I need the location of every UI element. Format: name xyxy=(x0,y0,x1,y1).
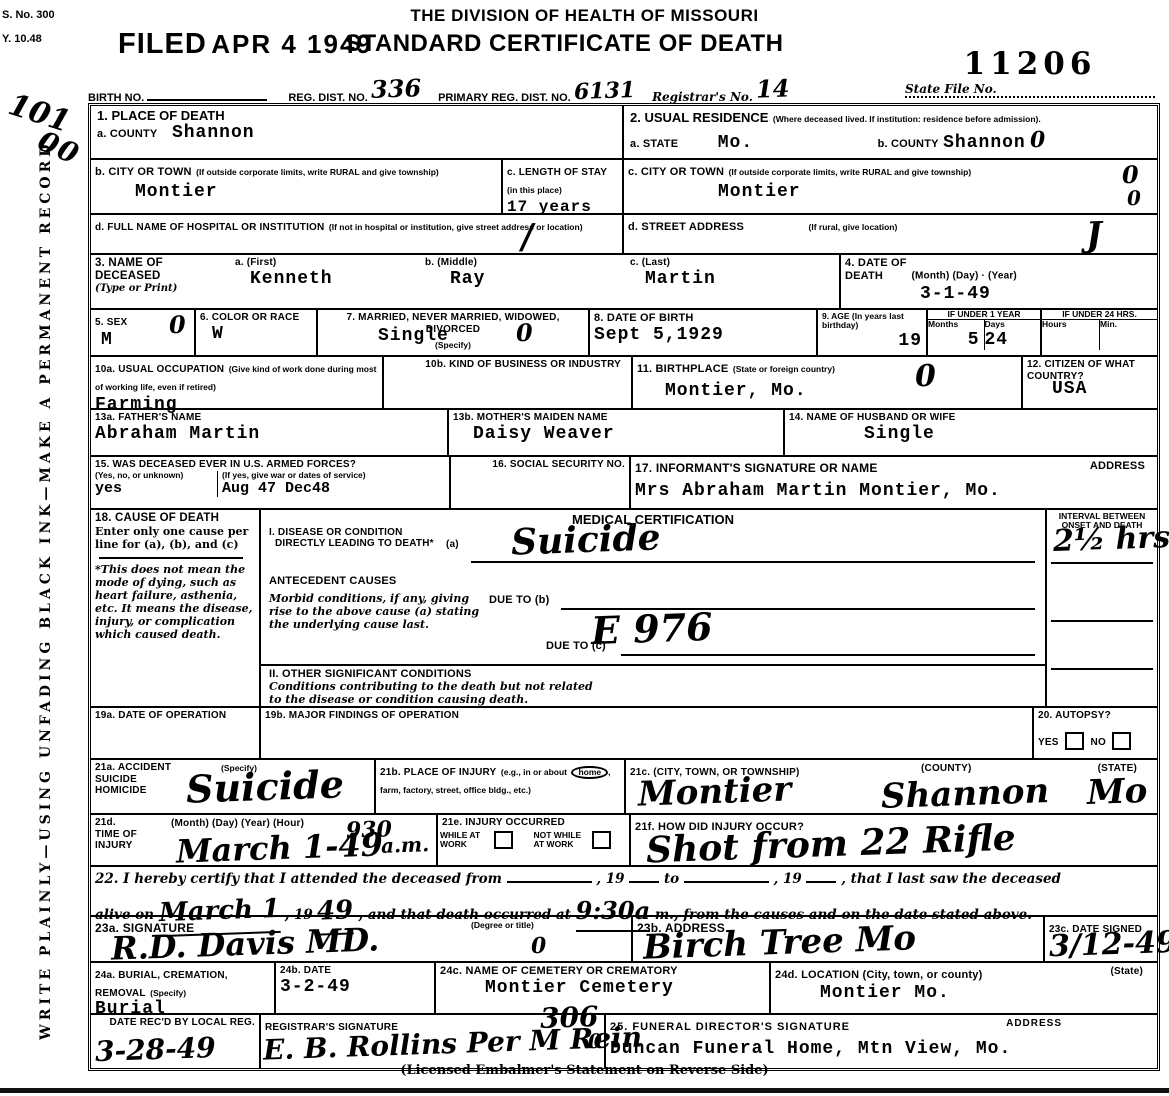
injury-occurred-label: 21e. INJURY OCCURRED xyxy=(438,815,629,831)
certificate-form: 1. PLACE OF DEATH a. COUNTY Shannon b. C… xyxy=(88,103,1160,1071)
husband-or-wife-value: Single xyxy=(864,424,1153,444)
while-at-work-label: WHILE AT WORK xyxy=(440,831,492,850)
morbid-conditions-note: Morbid conditions, if any, giving rise t… xyxy=(269,592,484,631)
kind-of-business-label: 10b. KIND OF BUSINESS OR INDUSTRY xyxy=(388,359,627,371)
residence-city-mark1: 0 xyxy=(1122,160,1140,190)
row-name-of-deceased: 3. NAME OF DECEASED (Type or Print) a. (… xyxy=(91,253,1157,308)
burial-location-label: 24d. LOCATION (City, town, or county) xyxy=(775,969,982,981)
reg-dist-value: 336 xyxy=(370,73,421,104)
not-while-at-work-label: NOT WHILE AT WORK xyxy=(534,831,590,850)
other-conditions-note: Conditions contributing to the death but… xyxy=(269,680,599,706)
marital-handwritten-mark: 0 xyxy=(516,318,534,348)
birthplace-label: 11. BIRTHPLACE xyxy=(637,363,728,375)
months-label: Months xyxy=(928,320,984,329)
cause-code-value: E 976 xyxy=(590,604,713,653)
burial-date-value: 3-2-49 xyxy=(280,977,430,997)
days-label: Days xyxy=(985,320,1041,329)
certify-text-3: to xyxy=(664,871,679,887)
months-value: 5 xyxy=(928,330,984,350)
armed-forces-paren1: (Yes, no, or unknown) xyxy=(95,471,213,480)
filed-stamp-word: FILED xyxy=(118,28,207,60)
registrar-no-value: 14 xyxy=(755,73,789,103)
registration-line: BIRTH NO. REG. DIST. NO. 336 PRIMARY REG… xyxy=(88,78,1163,103)
date-of-operation-label: 19a. DATE OF OPERATION xyxy=(95,710,255,722)
date-of-birth-value: Sept 5,1929 xyxy=(594,325,812,345)
cause-note-one: Enter only one cause per line for (a), (… xyxy=(95,525,255,551)
funeral-director-value: Duncan Funeral Home, Mtn View, Mo. xyxy=(610,1039,1153,1059)
residence-state-label: a. STATE xyxy=(630,138,678,150)
time-of-injury-sublabels: (Month) (Day) (Year) (Hour) xyxy=(171,818,304,830)
degree-or-title-label: (Degree or title) xyxy=(471,921,534,930)
certify-blank-1 xyxy=(507,881,592,883)
row-certify-statement: 22. I hereby certify that I attended the… xyxy=(91,865,1157,915)
sex-handwritten-mark: 0 xyxy=(169,310,187,340)
row-burial: 24a. BURIAL, CREMATION, REMOVAL (Specify… xyxy=(91,961,1157,1013)
certify-blank-3 xyxy=(684,881,769,883)
middle-name-value: Ray xyxy=(450,269,622,289)
date-of-death-value: 3-1-49 xyxy=(920,284,1153,304)
residence-county-value: Shannon xyxy=(943,133,1026,153)
antecedent-causes-label: ANTECEDENT CAUSES xyxy=(269,575,1045,588)
cause-note-two: *This does not mean the mode of dying, s… xyxy=(95,563,255,641)
length-of-stay-value: 17 years xyxy=(507,198,618,216)
city-town-paren: (If outside corporate limits, write RURA… xyxy=(196,167,439,177)
place-of-injury-circled-word: home xyxy=(571,766,608,779)
page-heading-division: THE DIVISION OF HEALTH OF MISSOURI xyxy=(0,6,1169,26)
registrar-no-label: Registrar's No. xyxy=(652,90,753,104)
state-file-number-value: 11206 xyxy=(905,46,1155,82)
marital-status-value: Single xyxy=(378,326,449,346)
section-usual-residence: 2. USUAL RESIDENCE (Where deceased lived… xyxy=(624,106,1157,253)
residence-city-paren: (If outside corporate limits, write RURA… xyxy=(729,167,972,177)
age-value: 19 xyxy=(822,331,922,351)
residence-county-mark: 0 xyxy=(1030,127,1046,154)
due-to-c-label: DUE TO (c) xyxy=(546,640,606,653)
birthplace-handwritten-mark: 0 xyxy=(915,359,937,395)
hours-label: Hours xyxy=(1042,320,1099,329)
fathers-name-label: 13a. FATHER'S NAME xyxy=(95,412,443,424)
row-injury-time: 21d. TIME OF INJURY (Month) (Day) (Year)… xyxy=(91,813,1157,865)
certify-blank-2 xyxy=(629,881,659,883)
sex-label: 5. SEX xyxy=(95,317,127,328)
social-security-label: 16. SOCIAL SECURITY NO. xyxy=(455,459,625,471)
city-town-value: Montier xyxy=(135,182,497,202)
embalmer-statement-note: (Licensed Embalmer's Statement on Revers… xyxy=(0,1063,1169,1078)
hospital-handwritten-mark: / xyxy=(520,217,534,257)
funeral-director-label: 25. FUNERAL DIRECTOR'S SIGNATURE xyxy=(610,1021,850,1033)
place-of-injury-label: 21b. PLACE OF INJURY xyxy=(380,767,496,778)
first-name-label: a. (First) xyxy=(235,257,417,269)
page-title: STANDARD CERTIFICATE OF DEATH xyxy=(345,30,783,58)
place-of-injury-paren-pre: (e.g., in or about xyxy=(501,767,567,777)
injury-state-value: Mo xyxy=(1086,771,1148,813)
cemetery-label: 24c. NAME OF CEMETERY OR CREMATORY xyxy=(440,965,765,978)
burial-location-value: Montier Mo. xyxy=(820,983,1153,1003)
primary-reg-dist-value: 6131 xyxy=(573,77,635,105)
injury-county-value: Shannon xyxy=(880,771,1049,817)
autopsy-no-label: NO xyxy=(1091,737,1106,748)
cemetery-value: Montier Cemetery xyxy=(485,978,765,998)
burial-date-label: 24b. DATE xyxy=(280,965,430,977)
length-of-stay-label: c. LENGTH OF STAY xyxy=(507,167,607,178)
residence-county-label: b. COUNTY xyxy=(878,138,939,150)
injury-county-label: (COUNTY) xyxy=(921,763,971,775)
date-received-label: DATE REC'D BY LOCAL REG. xyxy=(95,1017,255,1029)
birthplace-paren: (State or foreign country) xyxy=(733,364,835,374)
husband-or-wife-label: 14. NAME OF HUSBAND OR WIFE xyxy=(789,412,1153,424)
date-of-death-sublabels: (Month) (Day) · (Year) xyxy=(911,271,1017,282)
place-of-death-label: 1. PLACE OF DEATH xyxy=(97,109,616,123)
degree-or-title-mark: 0 xyxy=(531,933,547,960)
days-value: 24 xyxy=(985,330,1041,350)
certify-blank-4 xyxy=(806,881,836,883)
fathers-name-value: Abraham Martin xyxy=(95,424,443,444)
marital-status-label: 7. MARRIED, NEVER MARRIED, WIDOWED, DIVO… xyxy=(322,312,584,335)
street-address-label: d. STREET ADDRESS xyxy=(628,221,744,233)
filed-stamp-date: APR 4 1949 xyxy=(211,29,373,59)
time-of-injury-meridiem: a.m. xyxy=(381,832,430,858)
not-while-at-work-checkbox xyxy=(592,831,611,849)
residence-state-value: Mo. xyxy=(718,133,753,153)
row-service-informant: 15. WAS DECEASED EVER IN U.S. ARMED FORC… xyxy=(91,455,1157,508)
death-certificate-scan: { "margin": { "form_no": "S. No. 300", "… xyxy=(0,0,1169,1096)
burial-location-state-label: (State) xyxy=(1110,966,1143,978)
name-of-deceased-label: 3. NAME OF DECEASED xyxy=(95,257,227,283)
certify-text-4: , 19 xyxy=(774,871,802,887)
disease-a-label: (a) xyxy=(446,539,459,551)
cause-of-death-label: 18. CAUSE OF DEATH xyxy=(95,512,255,525)
armed-forces-dates-value: Aug 47 Dec48 xyxy=(222,480,445,497)
scan-edge-artifact xyxy=(0,1088,1169,1093)
registrar-loop-mark: 0 xyxy=(588,1029,603,1053)
injury-city-value: Montier xyxy=(637,769,792,814)
autopsy-yes-checkbox xyxy=(1065,732,1084,750)
autopsy-label: 20. AUTOPSY? xyxy=(1038,710,1153,722)
row-personal-stats: 5. SEX 0 M 6. COLOR OR RACE W 7. MARRIED… xyxy=(91,308,1157,355)
color-or-race-label: 6. COLOR OR RACE xyxy=(200,312,312,324)
date-signed-value: 3/12-49 xyxy=(1048,925,1169,964)
autopsy-no-checkbox xyxy=(1112,732,1131,750)
informant-value: Mrs Abraham Martin Montier, Mo. xyxy=(635,481,1153,501)
usual-occupation-label: 10a. USUAL OCCUPATION xyxy=(95,364,224,375)
armed-forces-paren2: (If yes, give war or dates of service) xyxy=(222,471,445,480)
date-of-birth-label: 8. DATE OF BIRTH xyxy=(594,312,812,325)
time-of-injury-label: 21d. TIME OF INJURY xyxy=(95,817,143,852)
citizen-value: USA xyxy=(1052,379,1153,399)
informant-address-label: ADDRESS xyxy=(1090,460,1145,473)
major-findings-label: 19b. MAJOR FINDINGS OF OPERATION xyxy=(265,710,1028,722)
accident-suicide-homicide-label: 21a. ACCIDENT SUICIDE HOMICIDE xyxy=(95,762,175,797)
birth-no-blank xyxy=(147,99,267,101)
row-operation-autopsy: 19a. DATE OF OPERATION 19b. MAJOR FINDIN… xyxy=(91,706,1157,758)
usual-residence-paren: (Where deceased lived. If institution: r… xyxy=(773,114,1041,124)
mothers-maiden-name-value: Daisy Weaver xyxy=(473,424,779,444)
row-parents: 13a. FATHER'S NAME Abraham Martin 13b. M… xyxy=(91,408,1157,455)
row-registrar: DATE REC'D BY LOCAL REG. 3-28-49 REGISTR… xyxy=(91,1013,1157,1068)
residence-city-mark2: 0 xyxy=(1127,186,1142,210)
row-medical-certification: 18. CAUSE OF DEATH Enter only one cause … xyxy=(91,508,1157,706)
street-address-paren: (If rural, give location) xyxy=(809,222,898,232)
hospital-label: d. FULL NAME OF HOSPITAL OR INSTITUTION xyxy=(95,222,324,233)
accident-suicide-homicide-value: Suicide xyxy=(185,761,344,811)
row-occupation: 10a. USUAL OCCUPATION (Give kind of work… xyxy=(91,355,1157,408)
armed-forces-label: 15. WAS DECEASED EVER IN U.S. ARMED FORC… xyxy=(91,457,449,471)
minutes-label: Min. xyxy=(1100,320,1157,329)
revision-number: Y. 10.48 xyxy=(2,27,55,51)
disease-condition-label-2: DIRECTLY LEADING TO DEATH* xyxy=(275,538,434,550)
due-to-b-label: DUE TO (b) xyxy=(489,594,549,607)
mothers-maiden-name-label: 13b. MOTHER'S MAIDEN NAME xyxy=(453,412,779,424)
color-or-race-value: W xyxy=(212,324,312,344)
length-of-stay-paren: (in this place) xyxy=(507,185,562,195)
residence-city-label: c. CITY OR TOWN xyxy=(628,166,724,178)
funeral-director-address-label: ADDRESS xyxy=(1006,1018,1062,1030)
middle-name-label: b. (Middle) xyxy=(425,257,622,269)
row-physician-signature: 23a. SIGNATURE (Degree or title) 0 R.D. … xyxy=(91,915,1157,961)
interval-value: 2½ hrs xyxy=(1052,520,1169,559)
row-place-residence: 1. PLACE OF DEATH a. COUNTY Shannon b. C… xyxy=(91,106,1157,253)
burial-specify-paren: (Specify) xyxy=(150,988,186,998)
other-significant-conditions-label: II. OTHER SIGNIFICANT CONDITIONS xyxy=(269,668,1037,681)
county-label: a. COUNTY xyxy=(97,128,157,140)
usual-residence-label: 2. USUAL RESIDENCE xyxy=(630,110,768,125)
residence-city-value: Montier xyxy=(718,182,1153,202)
age-label: 9. AGE (In years last birthday) xyxy=(822,312,922,331)
informant-label: 17. INFORMANT'S SIGNATURE OR NAME xyxy=(635,461,878,475)
county-value: Shannon xyxy=(172,123,255,143)
last-name-label: c. (Last) xyxy=(630,257,835,269)
type-or-print-note: (Type or Print) xyxy=(95,283,227,294)
certify-text-5: , that I last saw the deceased xyxy=(841,871,1061,887)
section-place-of-death: 1. PLACE OF DEATH a. COUNTY Shannon b. C… xyxy=(91,106,624,253)
last-name-value: Martin xyxy=(645,269,835,289)
while-at-work-checkbox xyxy=(494,831,513,849)
certify-text-2: , 19 xyxy=(596,871,624,887)
birthplace-value: Montier, Mo. xyxy=(665,381,1017,401)
armed-forces-value: yes xyxy=(95,480,213,497)
disease-condition-label-1: I. DISEASE OR CONDITION xyxy=(269,527,403,539)
disease-value: Suicide xyxy=(510,516,661,563)
city-town-label: b. CITY OR TOWN xyxy=(95,166,192,178)
margin-instruction-text: WRITE PLAINLY—USING UNFADING BLACK INK—M… xyxy=(38,140,54,1040)
date-of-death-label: 4. DATE OF DEATH xyxy=(845,257,907,282)
autopsy-yes-label: YES xyxy=(1038,737,1059,748)
filed-stamp: FILED APR 4 1949 xyxy=(118,28,373,61)
first-name-value: Kenneth xyxy=(250,269,417,289)
row-injury-classification: 21a. ACCIDENT SUICIDE HOMICIDE (Specify)… xyxy=(91,758,1157,813)
hospital-paren: (If not in hospital or institution, give… xyxy=(329,222,583,232)
certify-text-1: 22. I hereby certify that I attended the… xyxy=(95,871,502,887)
street-address-mark: J xyxy=(1085,215,1102,256)
